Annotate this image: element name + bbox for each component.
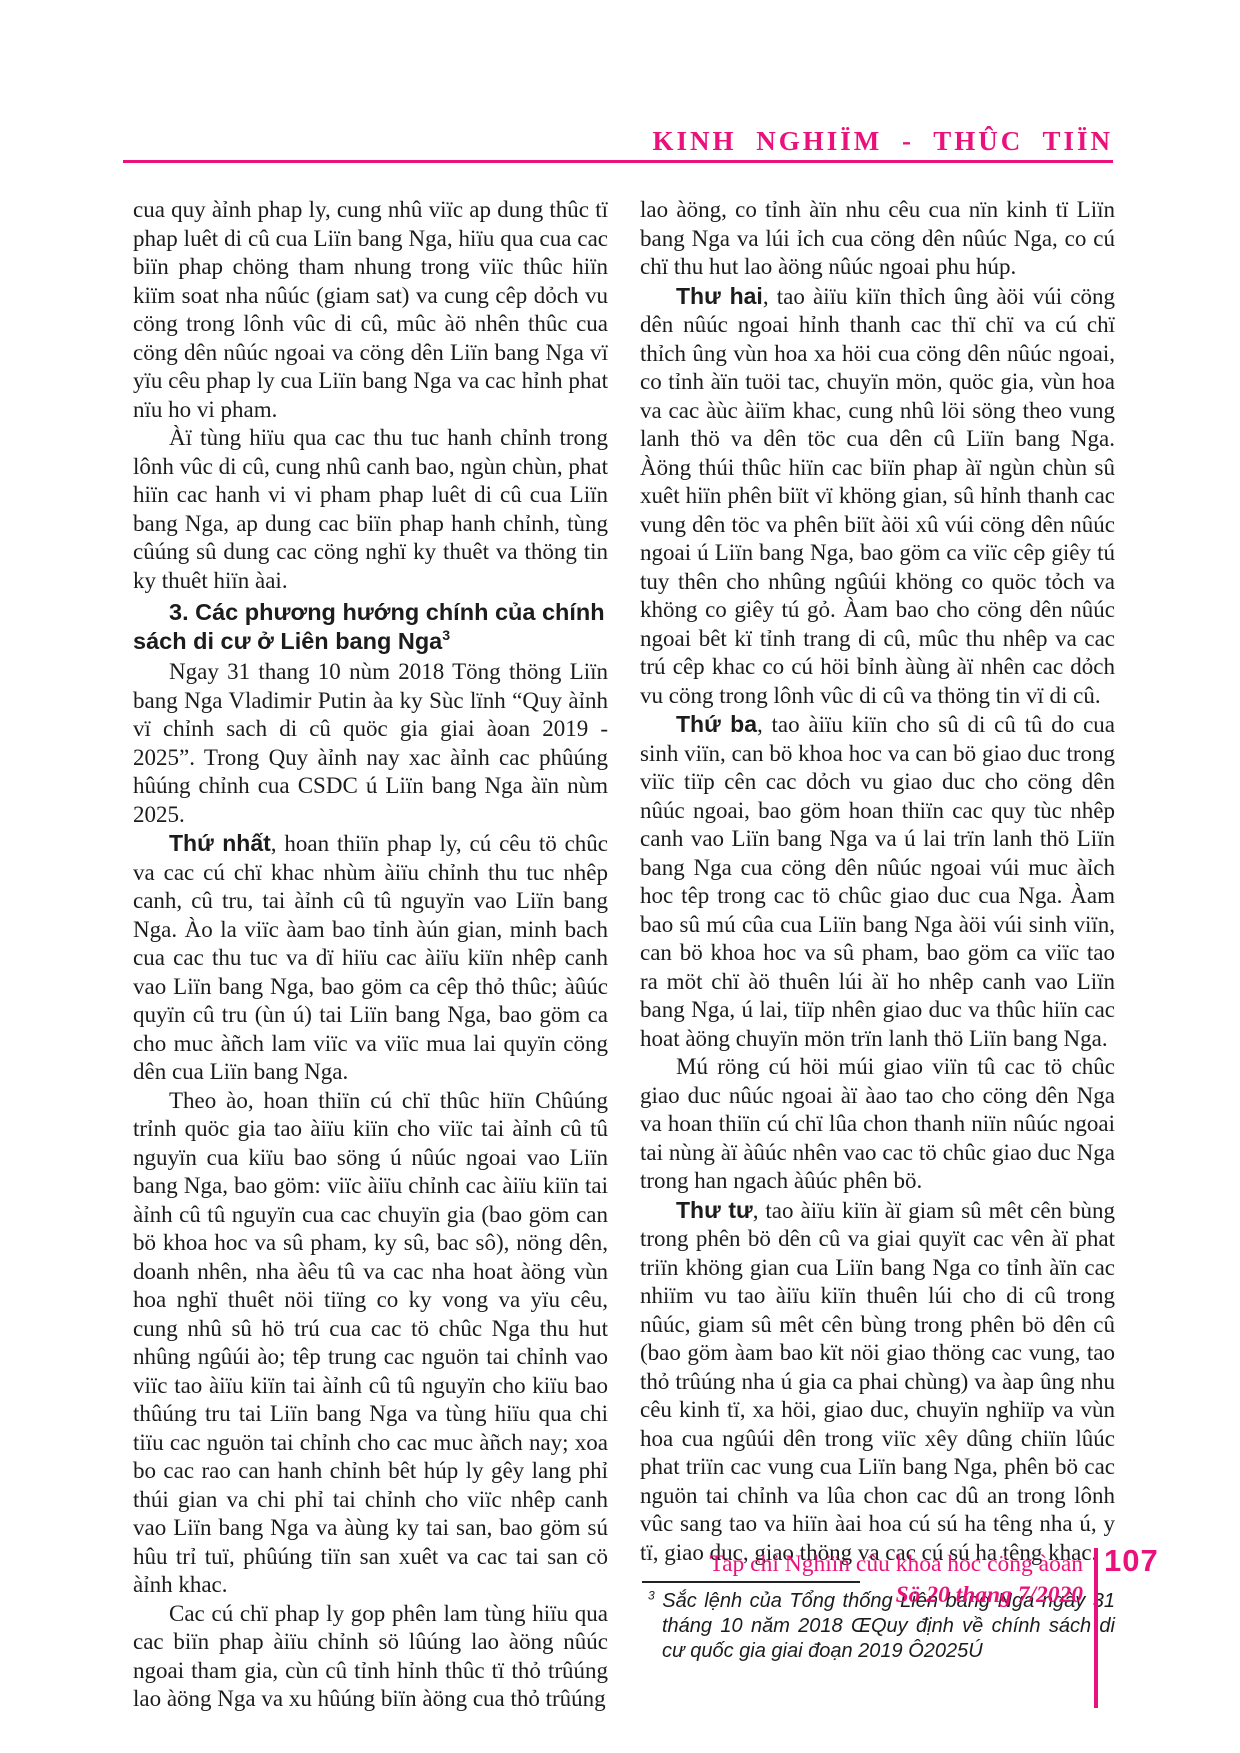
paragraph-continuation: cua quy àỉnh phap ly, cung nhû viïc ap d…	[133, 196, 608, 424]
lead-thu-ba: Thứ ba	[676, 711, 757, 737]
paragraph-labor-continuation: lao àöng, co tỉnh àïn nhu cêu cua nïn ki…	[640, 196, 1115, 282]
section-heading-footnote-ref: 3	[442, 627, 450, 643]
paragraph-legal-mechanisms: Cac cú chï phap ly gop phên lam tùng hiï…	[133, 1600, 608, 1714]
paragraph-admin-procedures: Àï tùng hiïu qua cac thu tuc hanh chỉnh …	[133, 424, 608, 595]
paragraph-thu-tu-text: , tao àiïu kiïn àï giam sû mêt cên bùng …	[640, 1198, 1115, 1565]
lead-thu-tu: Thư tư	[676, 1197, 753, 1223]
paragraph-theo-do: Theo ào, hoan thiïn cú chï thûc hiïn Chû…	[133, 1087, 608, 1600]
page-number: 107	[1104, 1543, 1159, 1579]
running-head: KINH NGHIÏM - THÛC TIÏN	[123, 126, 1113, 157]
section-heading-text: 3. Các phương hướng chính của chính sách…	[133, 599, 605, 654]
paragraph-decree-2018: Ngay 31 thang 10 nùm 2018 Töng thöng Liï…	[133, 658, 608, 829]
left-column: cua quy àỉnh phap ly, cung nhû viïc ap d…	[133, 196, 608, 1714]
header-rule	[123, 160, 1113, 163]
lead-thu-nhat: Thứ nhất	[169, 830, 271, 856]
paragraph-thu-hai: Thư hai, tao àiïu kiïn thỉch ûng àöi vúi…	[640, 282, 1115, 711]
footer: Tap chỉ Nghiïn cûu khoa hoc cöng àoan Sö…	[633, 1549, 1083, 1611]
paragraph-thu-tu: Thư tư, tao àiïu kiïn àï giam sû mêt cên…	[640, 1196, 1115, 1568]
footer-issue: Sö 20 thang 7/2020	[633, 1580, 1083, 1611]
right-column: lao àöng, co tỉnh àïn nhu cêu cua nïn ki…	[640, 196, 1115, 1714]
lead-thu-hai: Thư hai	[676, 283, 763, 309]
section-heading-3: 3. Các phương hướng chính của chính sách…	[133, 598, 608, 656]
paragraph-mo-rong: Mú röng cú höi múi giao viïn tû cac tö c…	[640, 1053, 1115, 1196]
text-columns: cua quy àỉnh phap ly, cung nhû viïc ap d…	[133, 196, 1115, 1714]
paragraph-thu-hai-text: , tao àiïu kiïn thỉch ûng àöi vúi cöng d…	[640, 284, 1115, 708]
footer-vertical-rule	[1094, 1548, 1098, 1708]
paragraph-thu-nhat: Thứ nhất, hoan thiïn phap ly, cú cêu tö …	[133, 829, 608, 1087]
footer-journal-title: Tap chỉ Nghiïn cûu khoa hoc cöng àoan	[633, 1549, 1083, 1580]
paragraph-thu-ba-text: , tao àiïu kiïn cho sû di cû tû do cua s…	[640, 712, 1115, 1051]
paragraph-thu-nhat-text: , hoan thiïn phap ly, cú cêu tö chûc va …	[133, 831, 608, 1084]
paragraph-thu-ba: Thứ ba, tao àiïu kiïn cho sû di cû tû do…	[640, 710, 1115, 1053]
journal-page: KINH NGHIÏM - THÛC TIÏN cua quy àỉnh pha…	[0, 0, 1240, 1753]
